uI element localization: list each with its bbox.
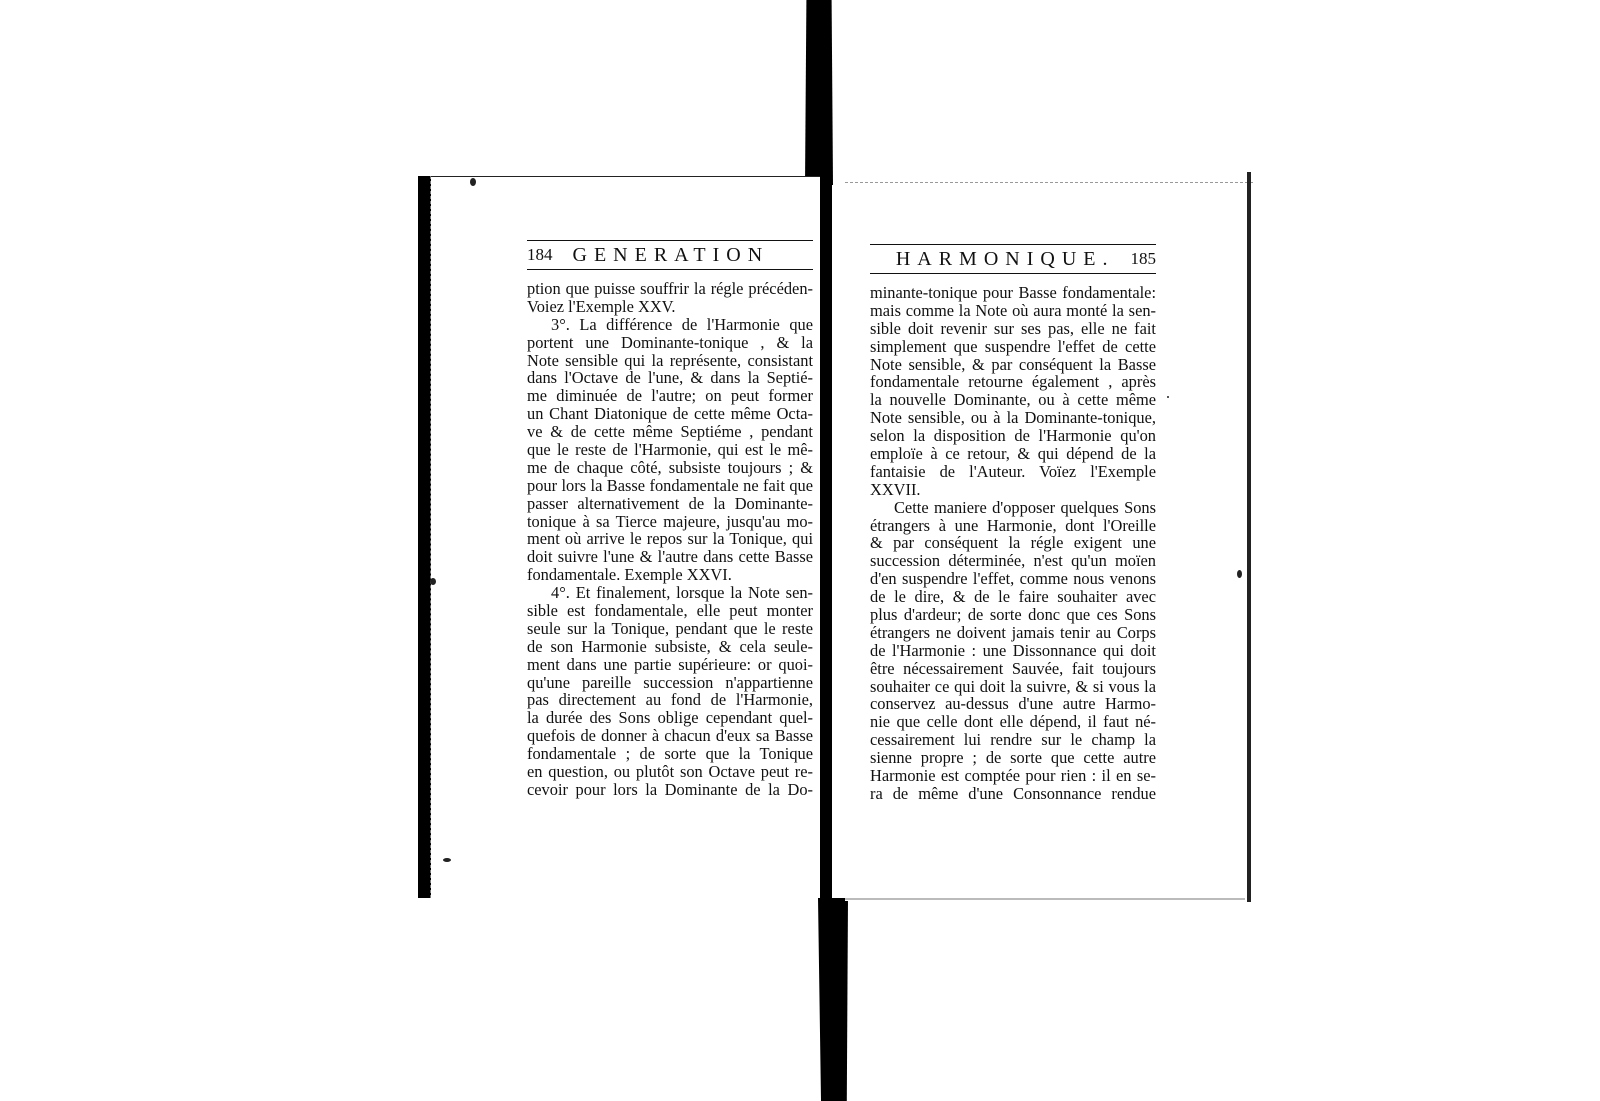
text-line: fondamentale. Exemple XXVI. [527,566,813,584]
text-line: Note sensible, ou à la Dominante-tonique… [870,409,1156,427]
binding-spine-top [805,0,833,185]
text-line: ption que puisse souffrir la régle précé… [527,280,813,298]
text-line: être nécessairement Sauvée, fait toujour… [870,660,1156,678]
text-line: conservez au-dessus d'une autre Harmo- [870,695,1156,713]
text-line: en question, ou plutôt son Octave peut r… [527,763,813,781]
text-line: ment où arrive le repos sur la Tonique, … [527,530,813,548]
text-line: fondamentale ; de sorte que la Tonique [527,745,813,763]
text-line: de le dire, & de le faire souhaiter avec [870,588,1156,606]
text-line: de son Harmonie subsiste, & cela seule- [527,638,813,656]
text-line: cevoir pour lors la Dominante de la Do- [527,781,813,799]
right-running-head: HARMONIQUE. 185 [870,244,1156,274]
text-line: sible doit revenir sur ses pas, elle ne … [870,320,1156,338]
text-line: nie que celle dont elle dépend, il faut … [870,713,1156,731]
right-page-number: 185 [1131,249,1157,269]
text-line: un Chant Diatonique de cette même Octa- [527,405,813,423]
left-running-title: GENERATION [573,244,770,267]
text-line: 4°. Et finalement, lorsque la Note sen- [527,584,813,602]
text-line: pour lors la Basse fondamentale ne fait … [527,477,813,495]
text-line: souhaiter ce qui doit la suivre, & si vo… [870,678,1156,696]
text-line: Note sensible, & par conséquent la Basse [870,356,1156,374]
text-line: succession déterminée, n'est qu'un moïen [870,552,1156,570]
right-page-edge [1247,172,1251,902]
left-page-edge [418,176,431,898]
text-line: mais comme la Note où aura monté la sen- [870,302,1156,320]
right-page-bottom-edge [845,898,1245,900]
text-line: me diminuée de l'autre; on peut former [527,387,813,405]
text-line: ment dans une partie supérieure: or quoi… [527,656,813,674]
text-line: ra de même d'une Consonnance rendue [870,785,1156,803]
text-line: selon la disposition de l'Harmonie qu'on [870,427,1156,445]
text-line: XXVII. [870,481,1156,499]
text-line: d'en suspendre l'effet, comme nous venon… [870,570,1156,588]
text-line: qu'une pareille succession n'appartienne [527,674,813,692]
scanned-book-spread: 184 GENERATION ption que puisse souffrir… [0,0,1600,1101]
text-line: tonique à sa Tierce majeure, jusqu'au mo… [527,513,813,531]
scan-speck [470,178,476,186]
text-line: doit suivre l'une & l'autre dans cette B… [527,548,813,566]
text-line: passer alternativement de la Dominante- [527,495,813,513]
text-line: portent une Dominante-tonique , & la [527,334,813,352]
left-running-head: 184 GENERATION [527,240,813,270]
text-line: plus d'ardeur; de sorte donc que ces Son… [870,606,1156,624]
text-line: la nouvelle Dominante, ou à cette même [870,391,1156,409]
text-line: étrangers ne doivent jamais tenir au Cor… [870,624,1156,642]
text-line: Note sensible qui la représente, consist… [527,352,813,370]
text-line: pas directement au fond de l'Harmonie, [527,691,813,709]
text-line: sienne propre ; de sorte que cette autre [870,749,1156,767]
text-line: 3°. La différence de l'Harmonie que [527,316,813,334]
left-page-body: ption que puisse souffrir la régle précé… [527,280,813,799]
text-line: étrangers à une Harmonie, dont l'Oreille [870,517,1156,535]
text-line: sible est fondamentale, elle peut monter [527,602,813,620]
text-line: Harmonie est comptée pour rien : il en s… [870,767,1156,785]
binding-spine-bottom [818,898,848,1101]
text-line: dans l'Octave de l'une, & dans la Septié… [527,369,813,387]
text-line: simplement que suspendre l'effet de cett… [870,338,1156,356]
text-line: emploïe à ce retour, & qui dépend de la [870,445,1156,463]
right-page-body: minante-tonique pour Basse fondamentale:… [870,284,1156,803]
scan-speck [1167,396,1169,398]
scan-speck [430,578,436,585]
text-line: la durée des Sons oblige cependant quel- [527,709,813,727]
right-running-title: HARMONIQUE. [896,248,1115,271]
text-line: ve & de cette même Septiéme , pendant [527,423,813,441]
text-line: & par conséquent la régle exigent une [870,534,1156,552]
scan-speck [1237,570,1242,578]
text-line: fantaisie de l'Auteur. Voïez l'Exemple [870,463,1156,481]
text-line: quefois de donner à chacun d'eux sa Bass… [527,727,813,745]
text-line: cessairement lui rendre sur le champ la [870,731,1156,749]
text-line: minante-tonique pour Basse fondamentale: [870,284,1156,302]
text-line: Cette maniere d'opposer quelques Sons [870,499,1156,517]
text-line: que le reste de l'Harmonie, qui est le m… [527,441,813,459]
text-line: Voiez l'Exemple XXV. [527,298,813,316]
left-page-number: 184 [527,245,553,265]
binding-spine-gutter [820,180,832,900]
text-line: fondamentale retourne également , après [870,373,1156,391]
text-line: seule sur la Tonique, pendant que le res… [527,620,813,638]
text-line: de l'Harmonie : une Dissonnance qui doit [870,642,1156,660]
scan-speck [443,858,451,862]
text-line: me de chaque côté, subsiste toujours ; & [527,459,813,477]
